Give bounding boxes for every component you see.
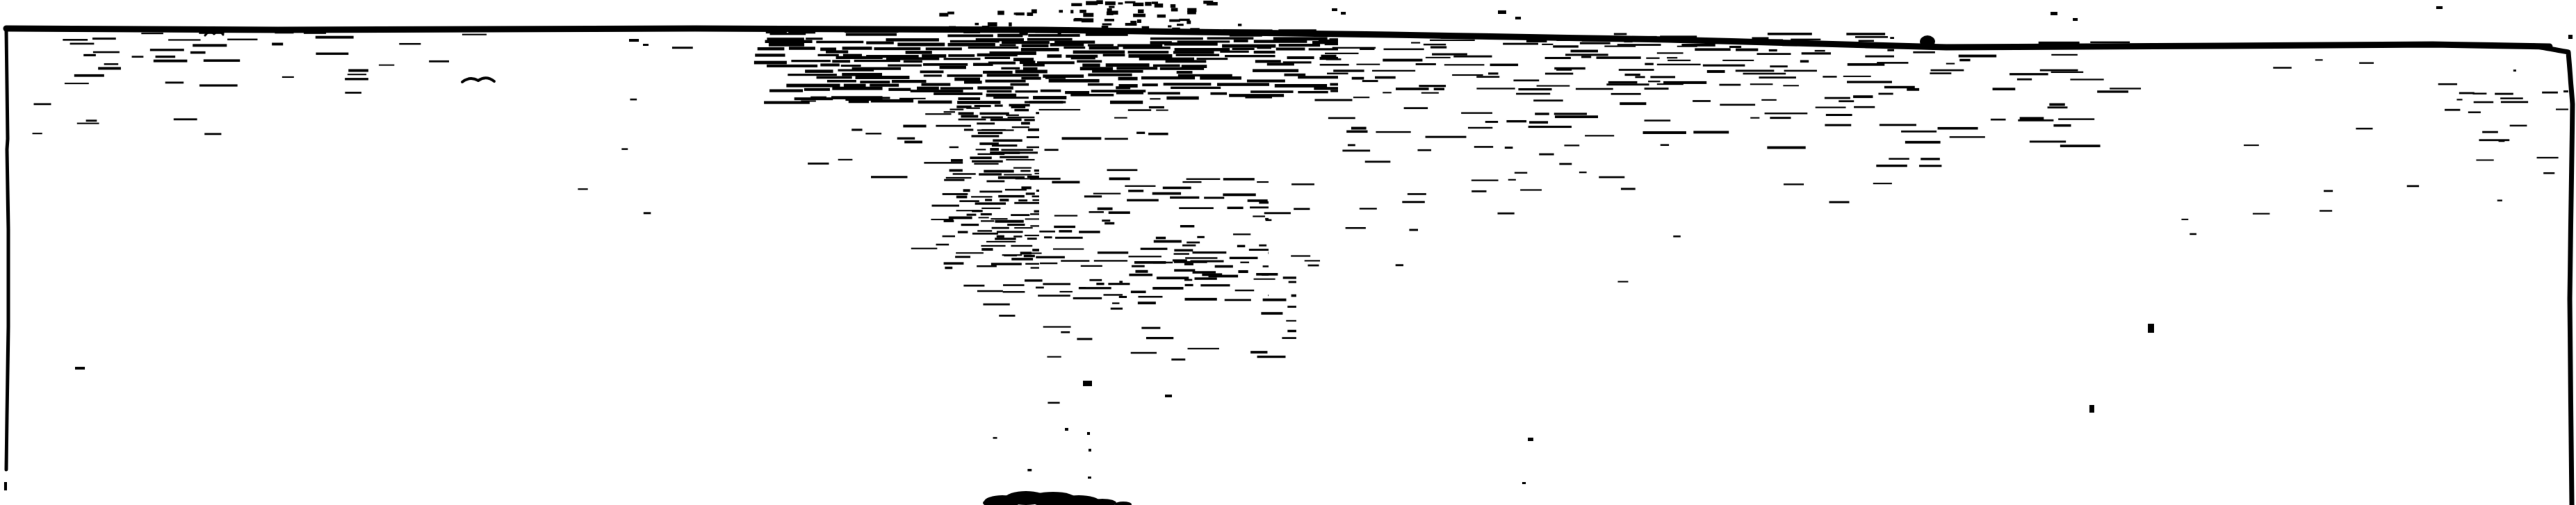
scan-page: Degraded one-bit scan of a very wide woo… bbox=[0, 0, 2576, 505]
engraving-image bbox=[0, 0, 2576, 505]
engraving-figure: Degraded one-bit scan of a very wide woo… bbox=[0, 0, 2576, 505]
